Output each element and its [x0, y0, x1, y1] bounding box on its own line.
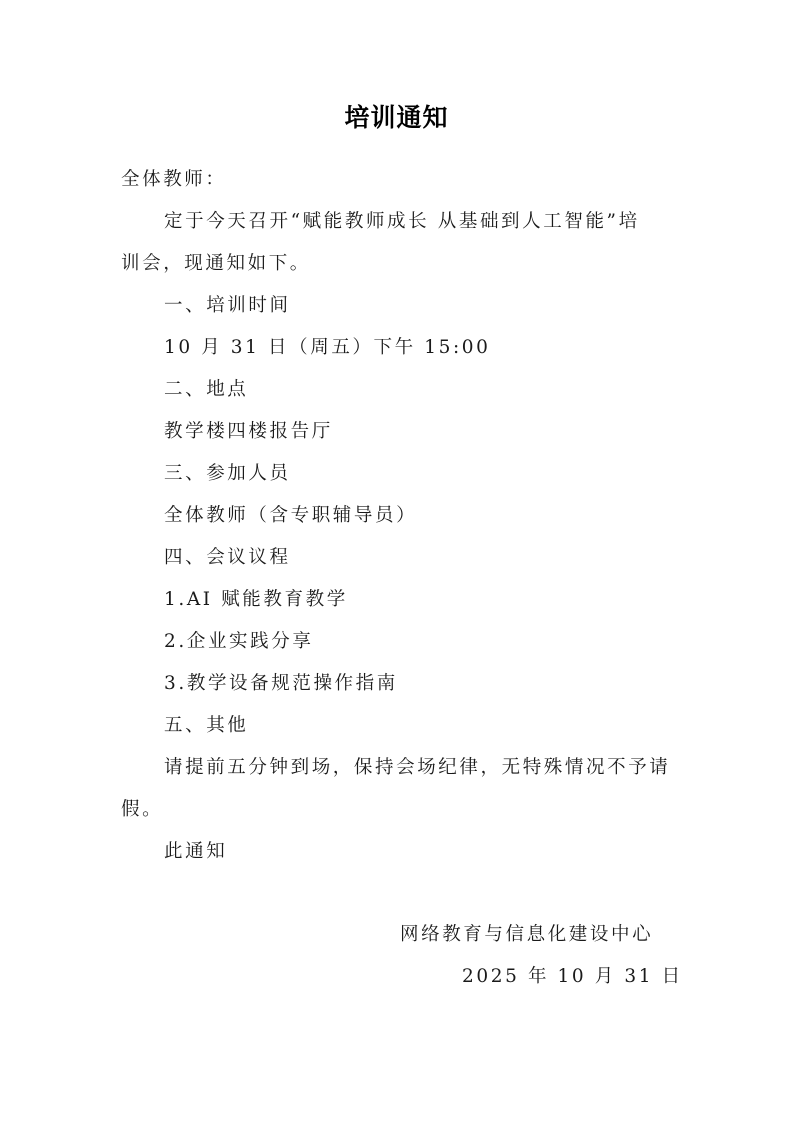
document-page: 培训通知 全体教师： 定于今天召开“赋能教师成长 从基础到人工智能”培 训会，现…: [0, 0, 793, 1122]
agenda-item-1: 1.AI 赋能教育教学: [164, 588, 348, 612]
agenda-item-2: 2.企业实践分享: [164, 630, 313, 654]
salutation: 全体教师：: [121, 168, 227, 192]
section-heading-agenda: 四、会议议程: [164, 546, 291, 570]
section-heading-other: 五、其他: [164, 714, 248, 738]
section-content-other-line-1: 请提前五分钟到场，保持会场纪律，无特殊情况不予请: [164, 756, 670, 780]
section-content-other-line-2: 假。: [121, 798, 163, 822]
intro-line-1: 定于今天召开“赋能教师成长 从基础到人工智能”培: [164, 210, 640, 234]
section-content-location: 教学楼四楼报告厅: [164, 420, 333, 444]
section-heading-participants: 三、参加人员: [164, 462, 291, 486]
section-content-participants: 全体教师（含专职辅导员）: [164, 504, 417, 528]
signature-organization: 网络教育与信息化建设中心: [400, 923, 653, 947]
intro-line-2: 训会，现通知如下。: [121, 252, 311, 276]
section-heading-time: 一、培训时间: [164, 294, 291, 318]
section-content-time: 10 月 31 日（周五）下午 15:00: [164, 336, 491, 360]
closing-text: 此通知: [164, 840, 227, 864]
document-title: 培训通知: [0, 98, 793, 134]
signature-date: 2025 年 10 月 31 日: [462, 965, 683, 989]
agenda-item-3: 3.教学设备规范操作指南: [164, 672, 398, 696]
section-heading-location: 二、地点: [164, 378, 248, 402]
